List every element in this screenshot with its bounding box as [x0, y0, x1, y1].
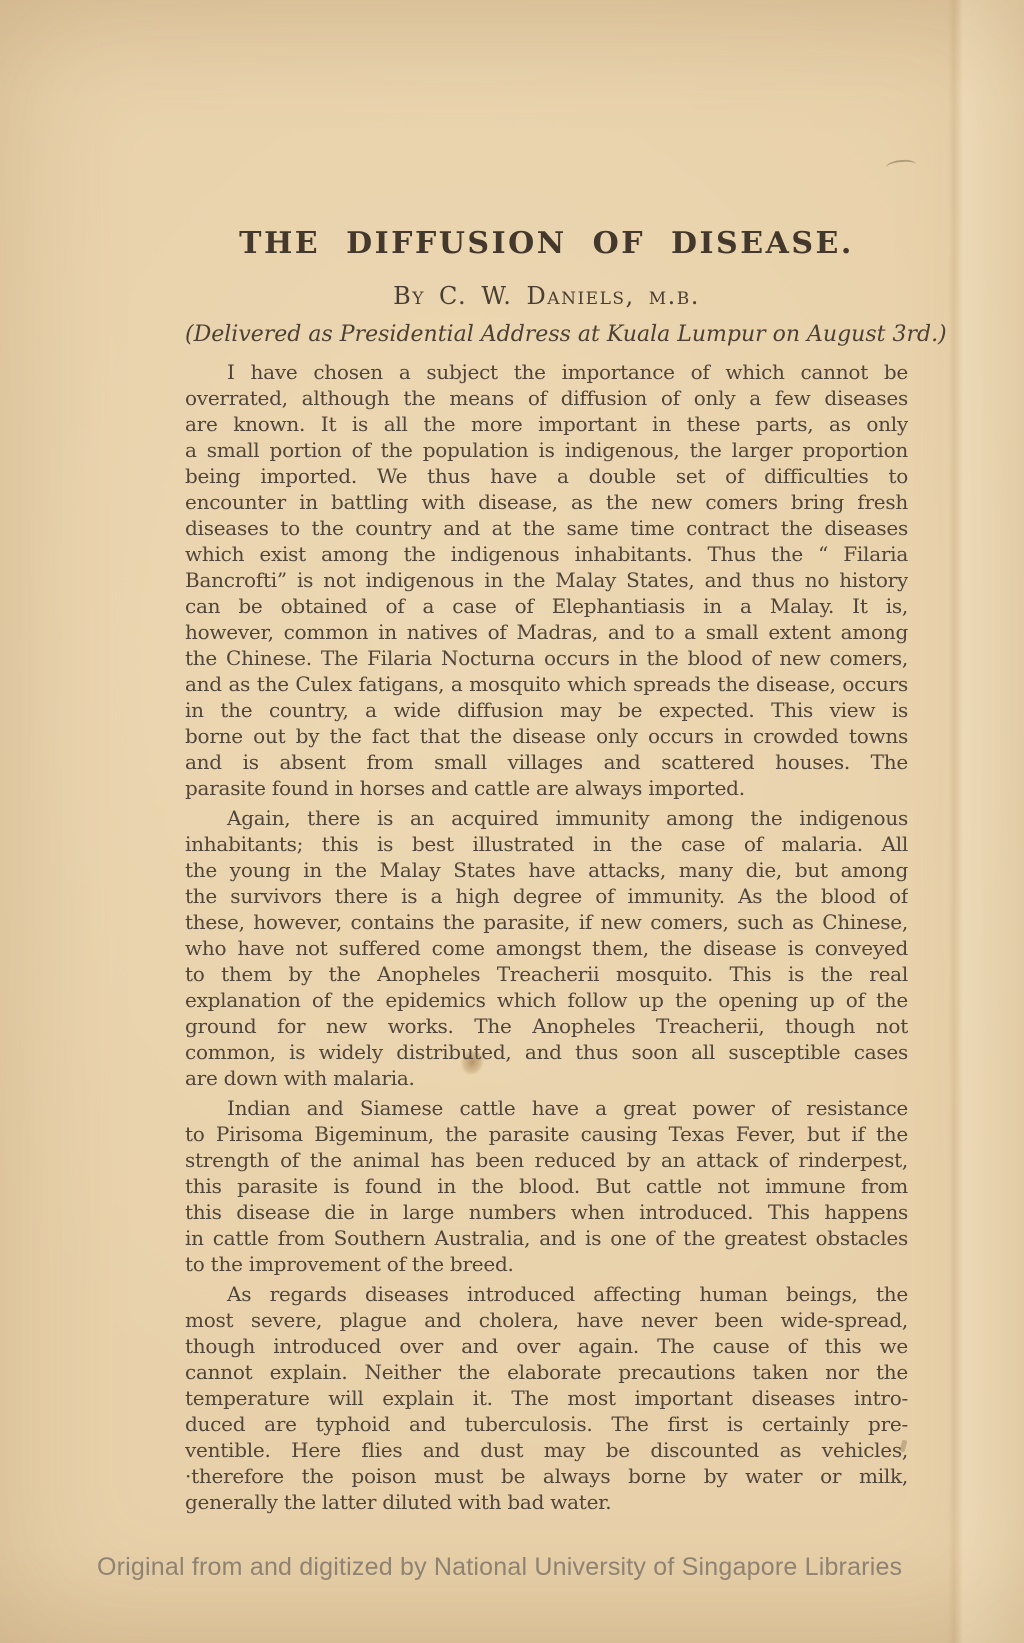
- digitization-footer: Original from and digitized by National …: [97, 1552, 927, 1582]
- text-line: As regards diseases introduced affecting…: [185, 1281, 908, 1307]
- page-edge-shadow: [948, 0, 1024, 1643]
- paragraph: Indian and Siamese cattle have a great p…: [185, 1095, 908, 1277]
- article-subtitle: (Delivered as Presidential Address at Ku…: [185, 321, 908, 349]
- text-line: to them by the Anopheles Treacherii mosq…: [185, 961, 908, 987]
- text-line: ventible. Here flies and dust may be dis…: [185, 1437, 908, 1463]
- text-line: ground for new works. The Anopheles Trea…: [185, 1013, 908, 1039]
- text-line: are known. It is all the more important …: [185, 411, 908, 437]
- paragraph: Again, there is an acquired immunity amo…: [185, 805, 908, 1091]
- text-line: Again, there is an acquired immunity amo…: [185, 805, 908, 831]
- text-line: and as the Culex fatigans, a mosquito wh…: [185, 671, 908, 697]
- text-line: a small portion of the population is ind…: [185, 437, 908, 463]
- text-line: most severe, plague and cholera, have ne…: [185, 1307, 908, 1333]
- text-line: parasite found in horses and cattle are …: [185, 775, 908, 801]
- text-line: explanation of the epidemics which follo…: [185, 987, 908, 1013]
- text-line: cannot explain. Neither the elaborate pr…: [185, 1359, 908, 1385]
- text-line: however, common in natives of Madras, an…: [185, 619, 908, 645]
- article: THE DIFFUSION OF DISEASE. By C. W. Danie…: [185, 227, 908, 1519]
- paragraph: As regards diseases introduced affecting…: [185, 1281, 908, 1515]
- text-line: are down with malaria.: [185, 1065, 908, 1091]
- paragraph: I have chosen a subject the importance o…: [185, 359, 908, 801]
- text-line: though introduced over and over again. T…: [185, 1333, 908, 1359]
- text-line: to the improvement of the breed.: [185, 1251, 908, 1277]
- text-line: inhabitants; this is best illustrated in…: [185, 831, 908, 857]
- text-line: the young in the Malay States have attac…: [185, 857, 908, 883]
- text-line: being imported. We thus have a double se…: [185, 463, 908, 489]
- text-line: in cattle from Southern Australia, and i…: [185, 1225, 908, 1251]
- text-line: diseases to the country and at the same …: [185, 515, 908, 541]
- text-line: borne out by the fact that the disease o…: [185, 723, 908, 749]
- text-line: in the country, a wide diffusion may be …: [185, 697, 908, 723]
- text-line: these, however, contains the parasite, i…: [185, 909, 908, 935]
- text-line: Bancrofti” is not indigenous in the Mala…: [185, 567, 908, 593]
- text-line: who have not suffered come amongst them,…: [185, 935, 908, 961]
- text-line: and is absent from small villages and sc…: [185, 749, 908, 775]
- text-line: ·therefore the poison must be always bor…: [185, 1463, 908, 1489]
- text-line: temperature will explain it. The most im…: [185, 1385, 908, 1411]
- text-line: to Pirisoma Bigeminum, the parasite caus…: [185, 1121, 908, 1147]
- text-line: encounter in battling with disease, as t…: [185, 489, 908, 515]
- scanned-page: THE DIFFUSION OF DISEASE. By C. W. Danie…: [0, 0, 1024, 1643]
- text-line: Indian and Siamese cattle have a great p…: [185, 1095, 908, 1121]
- text-line: strength of the animal has been reduced …: [185, 1147, 908, 1173]
- text-line: this disease die in large numbers when i…: [185, 1199, 908, 1225]
- text-line: this parasite is found in the blood. But…: [185, 1173, 908, 1199]
- text-line: can be obtained of a case of Elephantias…: [185, 593, 908, 619]
- text-line: I have chosen a subject the importance o…: [185, 359, 908, 385]
- text-line: which exist among the indigenous inhabit…: [185, 541, 908, 567]
- text-line: the Chinese. The Filaria Nocturna occurs…: [185, 645, 908, 671]
- text-line: common, is widely distributed, and thus …: [185, 1039, 908, 1065]
- pencil-dash-mark: [885, 158, 916, 173]
- text-line: overrated, although the means of diffusi…: [185, 385, 908, 411]
- article-title: THE DIFFUSION OF DISEASE.: [185, 227, 908, 261]
- text-line: duced are typhoid and tuberculosis. The …: [185, 1411, 908, 1437]
- article-byline: By C. W. Daniels, m.b.: [185, 283, 908, 309]
- text-line: generally the latter diluted with bad wa…: [185, 1489, 908, 1515]
- text-line: the survivors there is a high degree of …: [185, 883, 908, 909]
- article-body: I have chosen a subject the importance o…: [185, 359, 908, 1515]
